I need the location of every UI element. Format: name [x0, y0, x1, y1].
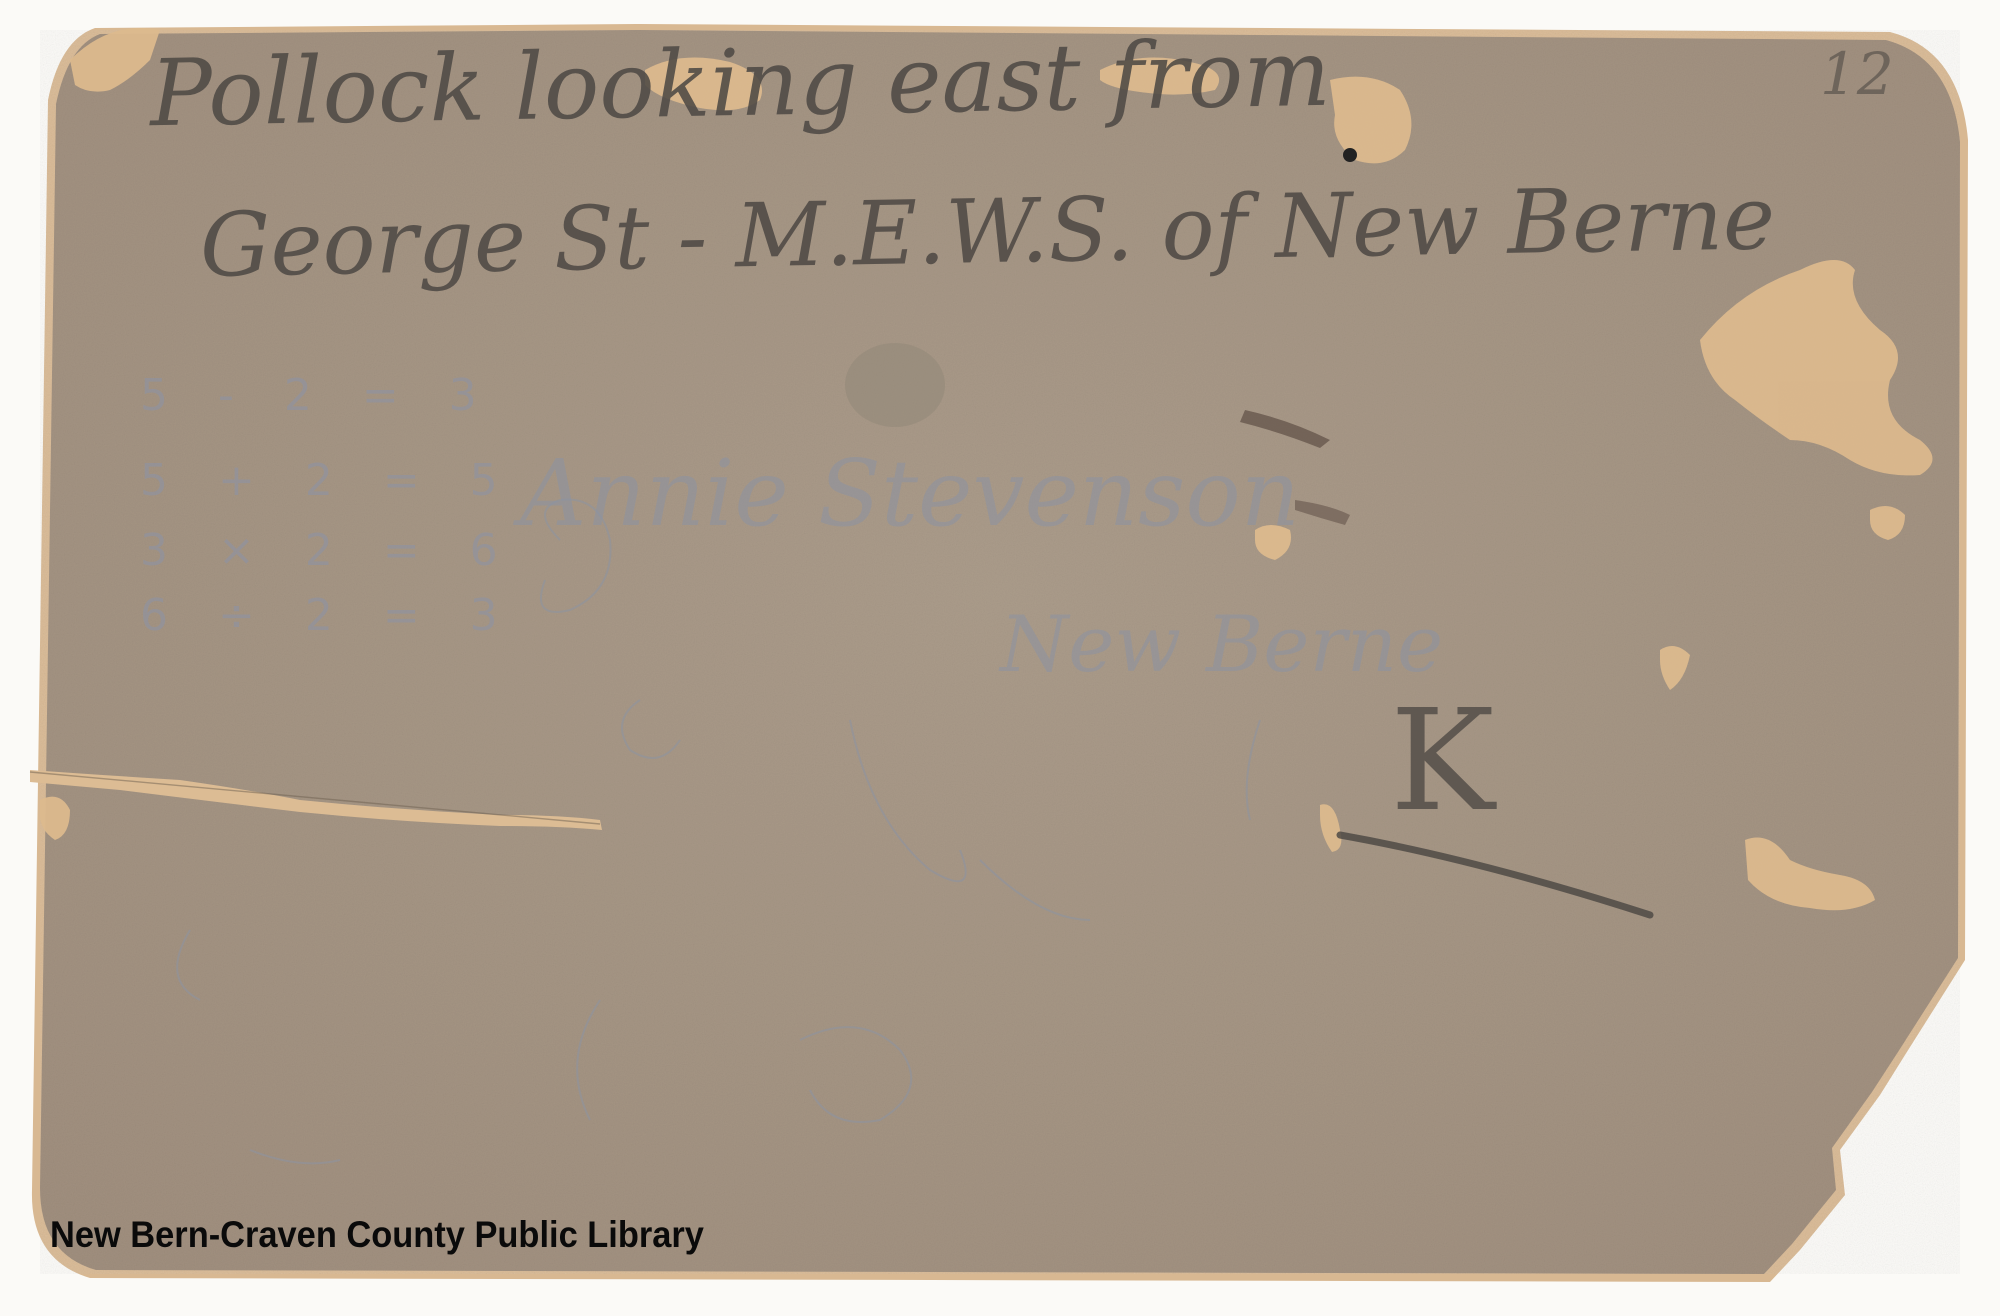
- pencil-math-line: 6 ÷ 2 = 3: [140, 590, 516, 641]
- pencil-line-2: New Berne: [1000, 600, 1443, 690]
- document-card: Pollock looking east from George St - M.…: [0, 0, 2000, 1316]
- pencil-signature: Annie Stevenson: [520, 440, 1300, 547]
- monogram: K: [1390, 680, 1495, 843]
- caption-line-1: Pollock looking east from: [149, 20, 1331, 148]
- pencil-math-line: 3 × 2 = 6: [140, 525, 516, 576]
- pencil-math-line: 5 - 2 = 3: [140, 370, 495, 421]
- library-credit: New Bern-Craven County Public Library: [50, 1214, 704, 1256]
- pencil-math-line: 5 + 2 = 5: [140, 455, 516, 506]
- corner-number: 12: [1820, 40, 1894, 108]
